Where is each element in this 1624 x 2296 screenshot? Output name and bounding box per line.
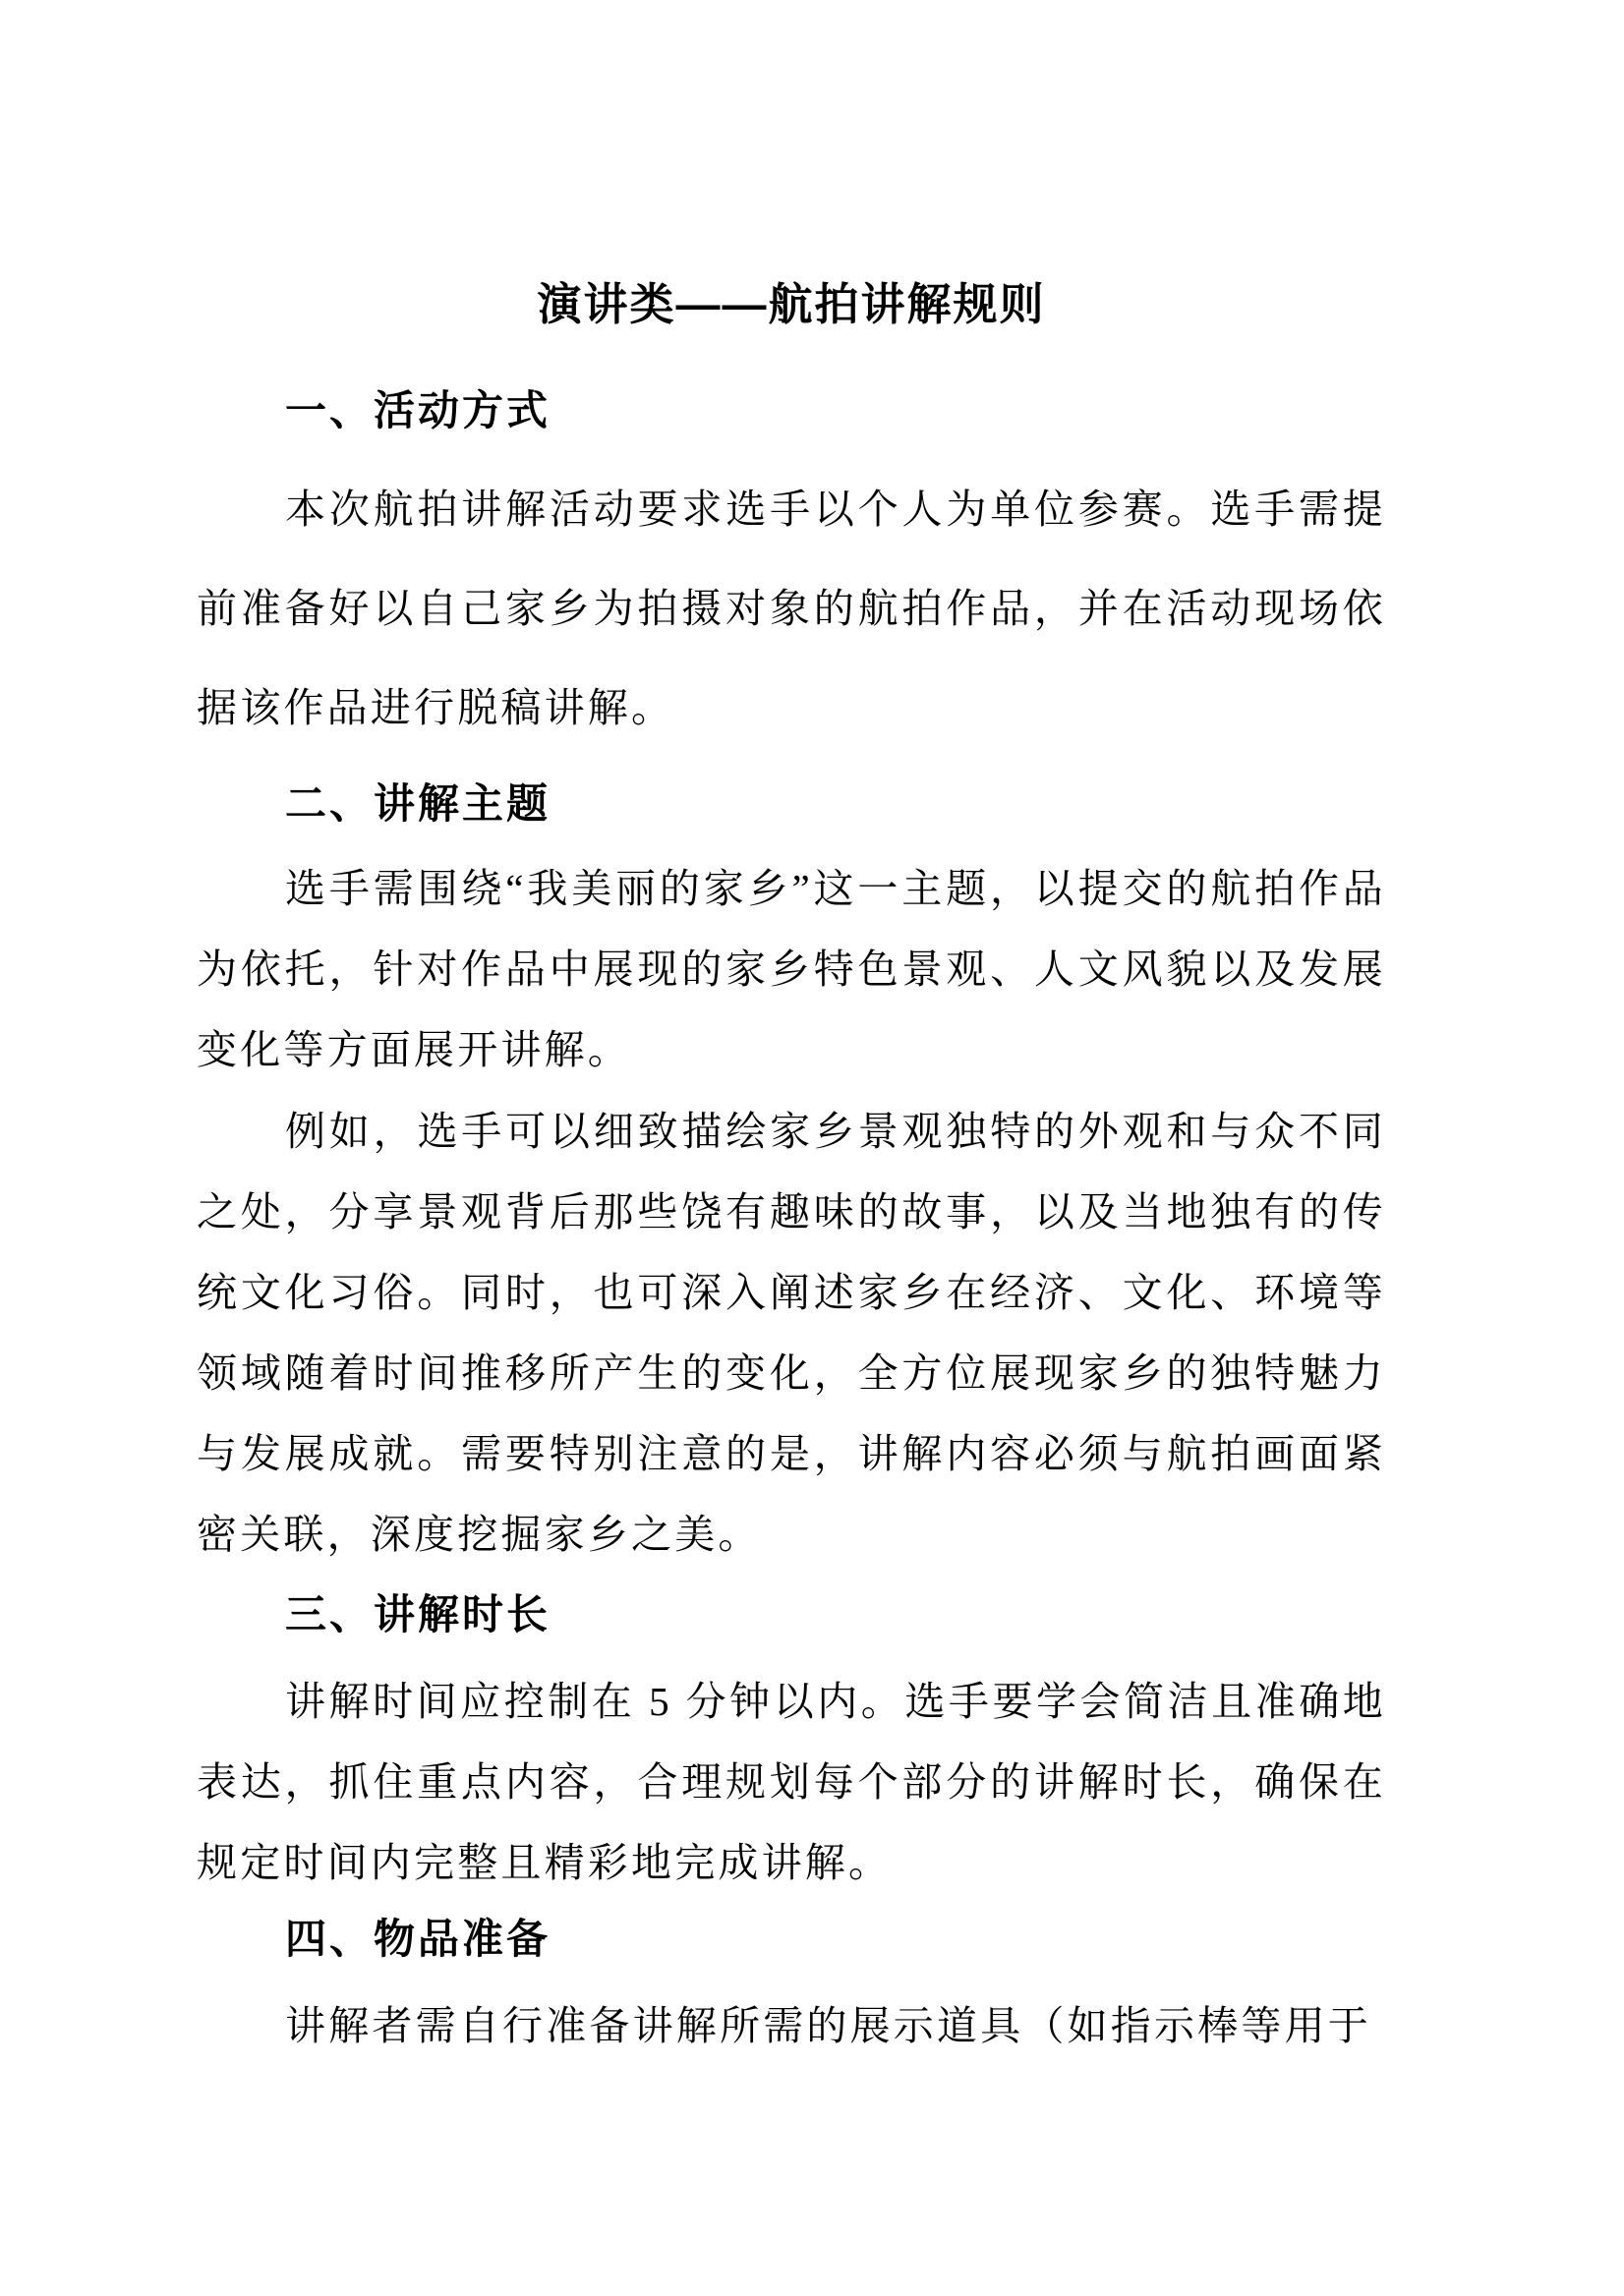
section-heading-activity-method: 一、活动方式 xyxy=(197,385,1386,436)
paragraph: 本次航拍讲解活动要求选手以个人为单位参赛。选手需提前准备好以自己家乡为拍摄对象的… xyxy=(197,460,1386,758)
document-content: 演讲类——航拍讲解规则 一、活动方式 本次航拍讲解活动要求选手以个人为单位参赛。… xyxy=(0,0,1624,2066)
section-heading-duration: 三、讲解时长 xyxy=(197,1589,1386,1640)
document-page: 演讲类——航拍讲解规则 一、活动方式 本次航拍讲解活动要求选手以个人为单位参赛。… xyxy=(0,0,1624,2296)
paragraph: 讲解者需自行准备讲解所需的展示道具（如指示棒等用于 xyxy=(197,1985,1386,2066)
paragraph: 讲解时间应控制在 5 分钟以内。选手要学会简洁且准确地表达，抓住重点内容，合理规… xyxy=(197,1661,1386,1903)
paragraph: 例如，选手可以细致描绘家乡景观独特的外观和与众不同之处，分享景观背后那些饶有趣味… xyxy=(197,1091,1386,1575)
doc-title: 演讲类——航拍讲解规则 xyxy=(197,0,1386,329)
section-heading-item-preparation: 四、物品准备 xyxy=(197,1914,1386,1965)
section-heading-topic: 二、讲解主题 xyxy=(197,778,1386,830)
paragraph: 选手需围绕“我美丽的家乡”这一主题，以提交的航拍作品为依托，针对作品中展现的家乡… xyxy=(197,848,1386,1090)
